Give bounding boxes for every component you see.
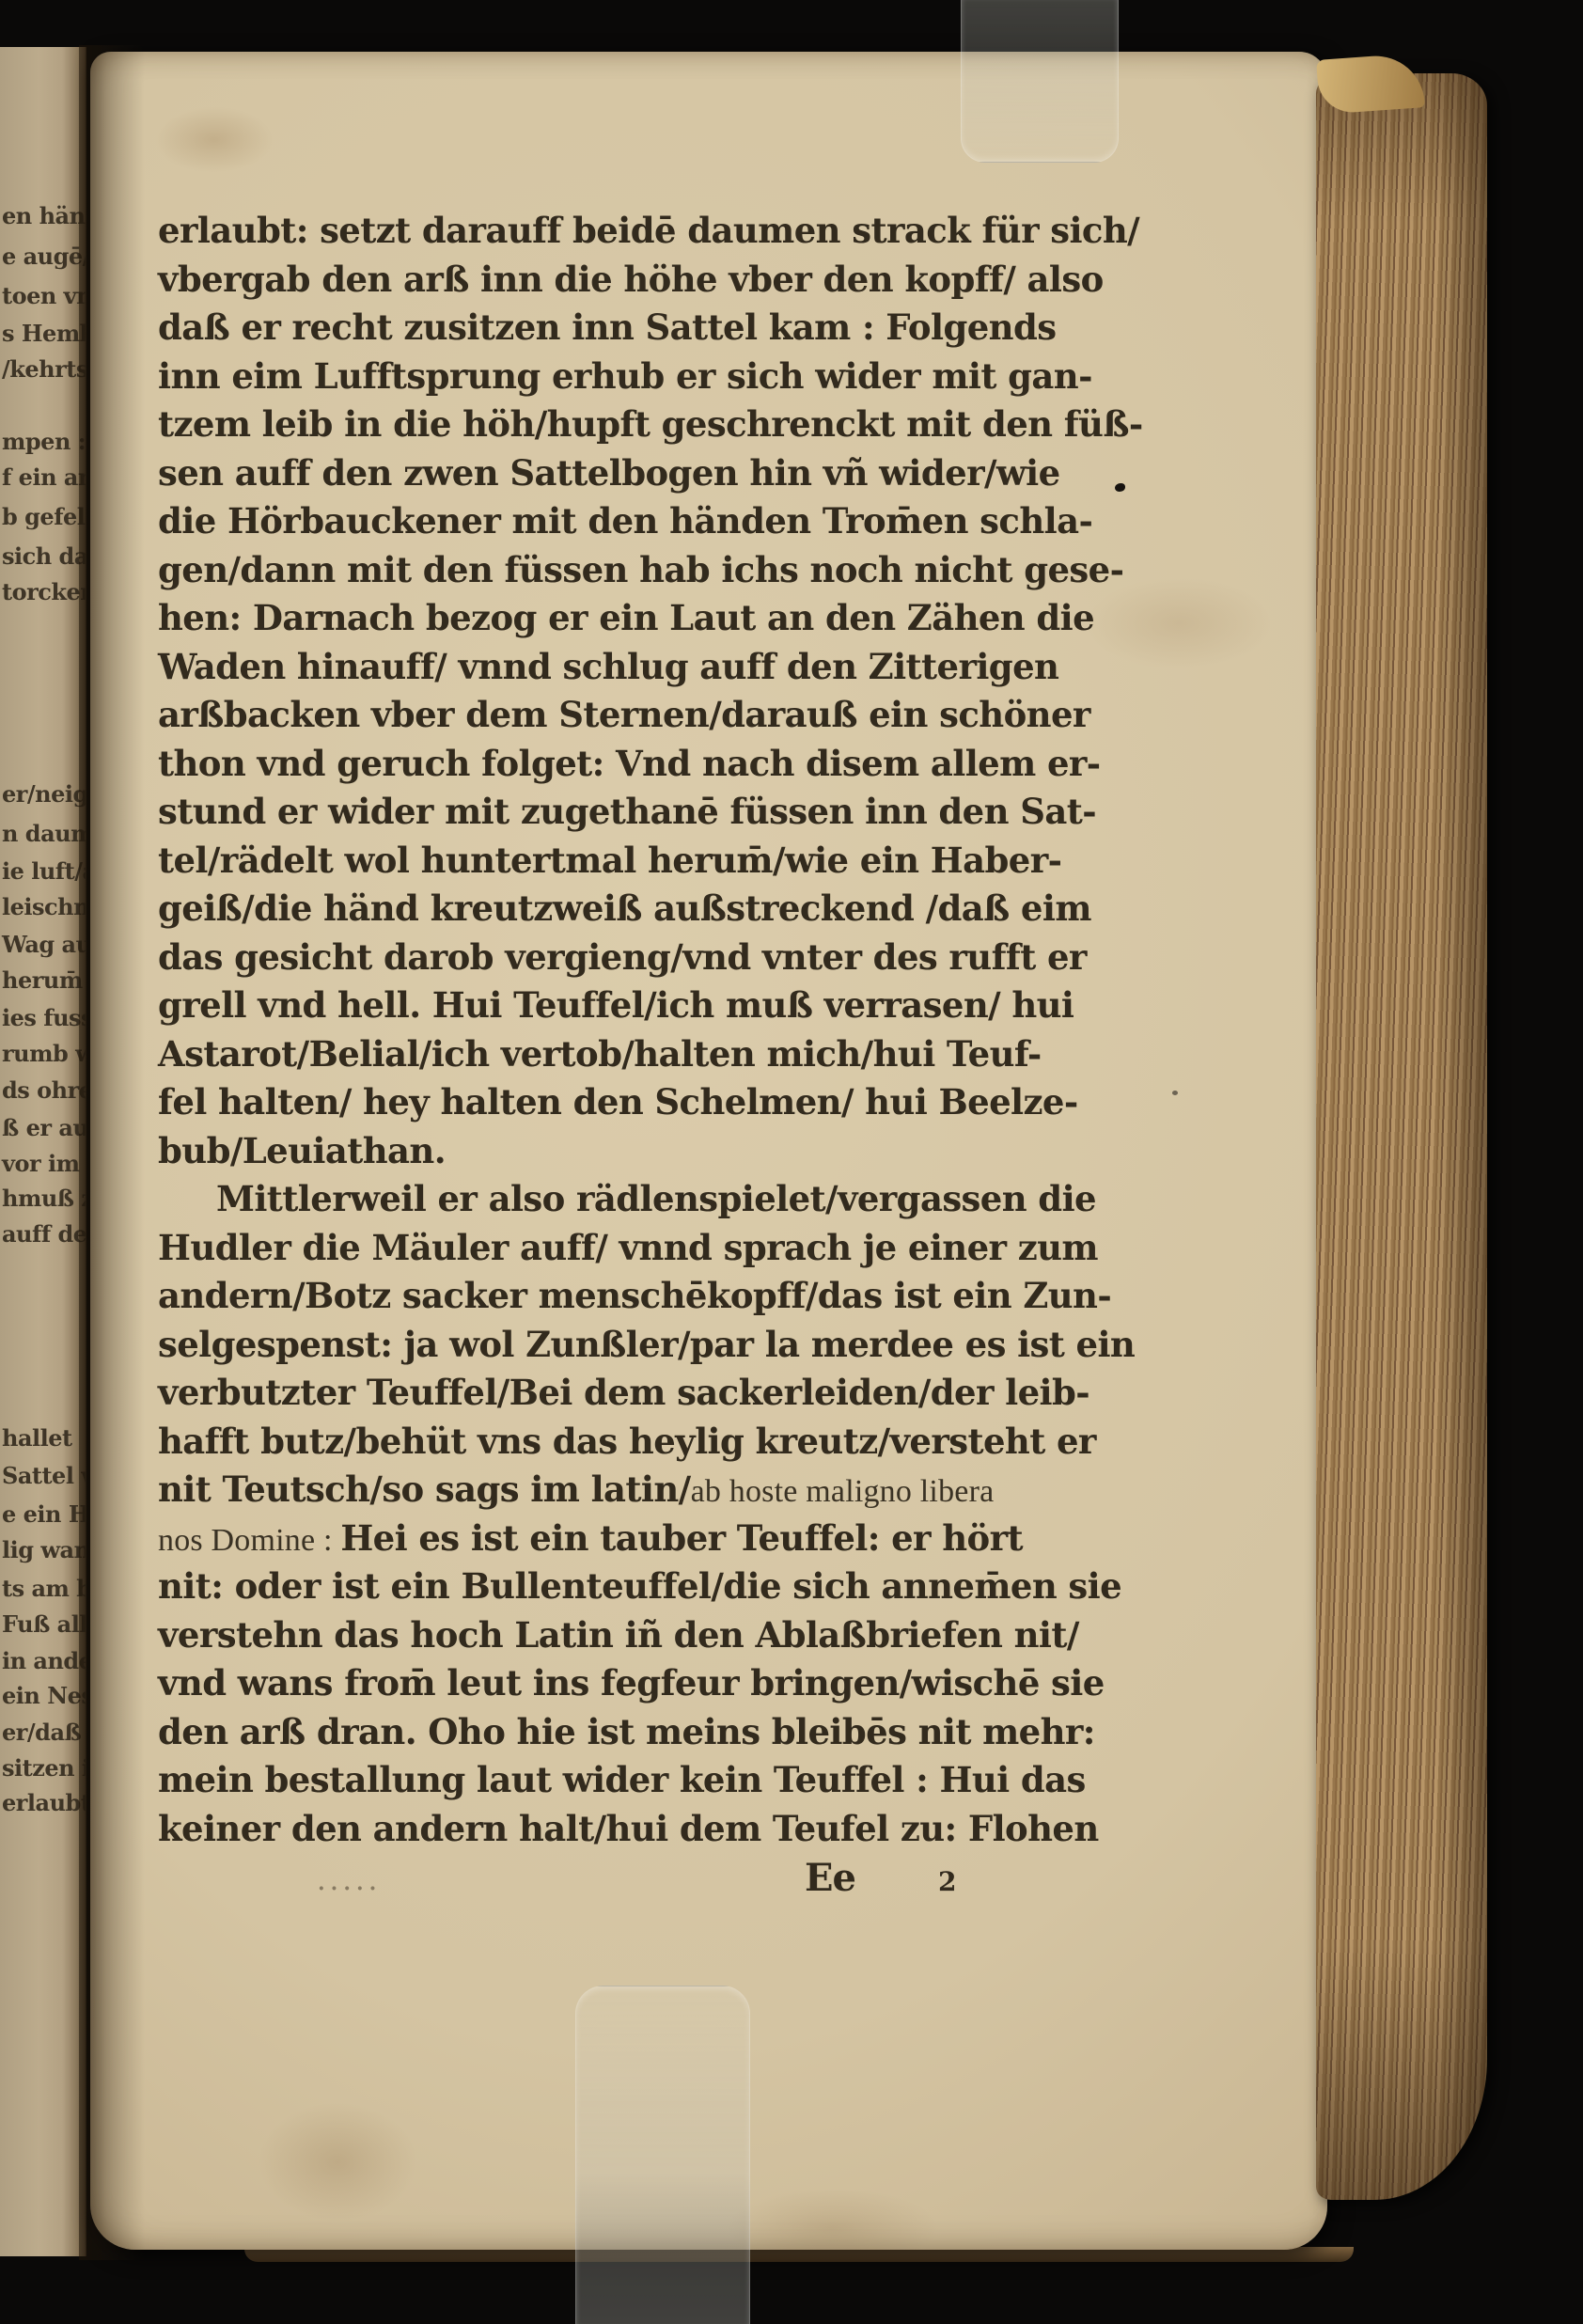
text-line: nit: oder ist ein Bullenteuffel/die sich… [158, 1562, 1051, 1611]
ink-speck [1172, 1091, 1178, 1095]
blackletter-segment: vbergab den arß inn die höhe vber den ko… [158, 259, 1104, 300]
edge-text-fragment: f ein ander [2, 463, 86, 491]
edge-text-fragment: hallet [2, 1424, 72, 1452]
blackletter-segment: tzem leib in die höh/hupft geschrenckt m… [158, 403, 1143, 445]
blackletter-segment: vnd wans from̄ leut ins fegfeur bringen/… [158, 1662, 1105, 1704]
blackletter-segment: grell vnd hell. Hui Teuffel/ich muß verr… [158, 984, 1074, 1026]
text-line: Astarot/Belial/ich vertob/halten mich/hu… [158, 1030, 1051, 1079]
edge-text-fragment: torckenbein [2, 578, 86, 605]
text-line: verbutzter Teuffel/Bei dem sackerleiden/… [158, 1369, 1051, 1418]
text-line: keiner den andern halt/hui dem Teufel zu… [158, 1805, 1051, 1854]
edge-text-fragment: erlaubt: [2, 1789, 86, 1816]
latin-roman-segment: ab hoste maligno libera [691, 1474, 995, 1509]
blackletter-segment: hafft butz/behüt vns das heylig kreutz/v… [158, 1421, 1096, 1462]
text-line: hafft butz/behüt vns das heylig kreutz/v… [158, 1418, 1051, 1467]
blackletter-segment: das gesicht darob vergieng/vnd vnter des… [158, 936, 1087, 978]
text-line: tel/rädelt wol huntertmal herum̄/wie ein… [158, 837, 1051, 886]
text-line: bub/Leuiathan. [158, 1127, 1051, 1176]
text-line: selgespenst: ja wol Zunßler/par la merde… [158, 1321, 1051, 1370]
edge-text-fragment: in andern [2, 1647, 86, 1674]
edge-text-fragment: vor im Rö [2, 1150, 86, 1177]
edge-text-fragment: Fuß allgem [2, 1610, 86, 1638]
edge-text-fragment: Wag auffhi [2, 931, 86, 958]
blackletter-segment: stund er wider mit zugethanē füssen inn … [158, 791, 1096, 832]
edge-text-fragment: mpen : Hi [2, 428, 86, 455]
text-line: erlaubt: setzt darauff beidē daumen stra… [158, 207, 1051, 256]
edge-text-fragment: er/neigt sich [2, 780, 86, 808]
blackletter-segment: sen auff den zwen Sattelbogen hin vñ wid… [158, 452, 1060, 494]
text-line: sen auff den zwen Sattelbogen hin vñ wid… [158, 449, 1051, 498]
blackletter-segment: keiner den andern halt/hui dem Teufel zu… [158, 1808, 1099, 1849]
edge-text-fragment: sitzen ist jed [2, 1754, 86, 1782]
signature-line: Ee2 [805, 1856, 956, 1900]
text-line: andern/Botz sacker menschēkopff/das ist … [158, 1272, 1051, 1321]
blackletter-segment: Waden hinauff/ vnnd schlug auff den Zitt… [158, 646, 1058, 687]
blackletter-segment: hen: Darnach bezog er ein Laut an den Zä… [158, 597, 1094, 638]
blackletter-segment: daß er recht zusitzen inn Sattel kam : F… [158, 306, 1056, 348]
edge-text-fragment: en hände [2, 202, 86, 229]
signature-mark: Ee [805, 1856, 855, 1900]
text-line: inn eim Lufftsprung erhub er sich wider … [158, 353, 1051, 401]
blackletter-segment: die Hörbauckener mit den händen Trom̄en … [158, 500, 1092, 542]
fore-edge-page-stack [1316, 73, 1487, 2200]
blackletter-segment: nit Teutsch/so sags im latin/ [158, 1468, 691, 1510]
text-line: Mittlerweil er also rädlenspielet/vergas… [158, 1175, 1051, 1224]
edge-text-fragment: rumb wie ei [2, 1040, 86, 1067]
text-line: fel halten/ hey halten den Schelmen/ hui… [158, 1078, 1051, 1127]
edge-text-fragment: ds ohren/e [2, 1076, 86, 1104]
blackletter-segment: Hei es ist ein tauber Teuffel: er hört [340, 1517, 1023, 1559]
text-line: vnd wans from̄ leut ins fegfeur bringen/… [158, 1659, 1051, 1708]
latin-roman-segment: nos Domine : [158, 1523, 340, 1558]
edge-text-fragment: e augē/rin [2, 243, 86, 270]
book-scan: en händee augē/rintoen vn ohs Hembd a/ke… [0, 0, 1583, 2324]
edge-text-fragment: e ein Hund [2, 1500, 86, 1528]
blackletter-segment: mein bestallung laut wider kein Teuffel … [158, 1759, 1086, 1800]
text-line: geiß/die händ kreutzweiß außstreckend /d… [158, 885, 1051, 934]
edge-text-fragment: sich darna [2, 542, 86, 570]
text-line: arßbacken vber dem Sternen/darauß ein sc… [158, 691, 1051, 740]
text-line: den arß dran. Oho hie ist meins bleibēs … [158, 1708, 1051, 1757]
edge-text-fragment: hmuß zugl [2, 1185, 86, 1212]
edge-text-fragment: Sattel wie [2, 1462, 86, 1489]
blackletter-segment: fel halten/ hey halten den Schelmen/ hui… [158, 1081, 1078, 1123]
edge-text-fragment: leischmauen [2, 893, 86, 920]
edge-text-fragment: herum̄ ließ. [2, 966, 86, 994]
edge-text-fragment: ie luft/also d [2, 857, 86, 885]
edge-text-fragment: ß er auff d [2, 1114, 86, 1141]
blackletter-segment: verstehn das hoch Latin iñ den Ablaßbrie… [158, 1614, 1079, 1656]
edge-text-fragment: s Hembd a [2, 320, 86, 347]
text-line: verstehn das hoch Latin iñ den Ablaßbrie… [158, 1611, 1051, 1660]
text-line: nos Domine : Hei es ist ein tauber Teuff… [158, 1515, 1051, 1563]
edge-text-fragment: er/daß ich [2, 1719, 86, 1746]
blackletter-segment: selgespenst: ja wol Zunßler/par la merde… [158, 1324, 1135, 1365]
text-line: tzem leib in die höh/hupft geschrenckt m… [158, 400, 1051, 449]
blackletter-segment: gen/dann mit den füssen hab ichs noch ni… [158, 549, 1123, 590]
blackletter-segment: geiß/die händ kreutzweiß außstreckend /d… [158, 887, 1091, 929]
blackletter-segment: den arß dran. Oho hie ist meins bleibēs … [158, 1711, 1095, 1752]
text-line: die Hörbauckener mit den händen Trom̄en … [158, 497, 1051, 546]
text-line: mein bestallung laut wider kein Teuffel … [158, 1756, 1051, 1805]
text-line: Hudler die Mäuler auff/ vnnd sprach je e… [158, 1224, 1051, 1273]
page-corner-curl [1316, 53, 1425, 115]
text-line: Waden hinauff/ vnnd schlug auff den Zitt… [158, 643, 1051, 692]
text-line: stund er wider mit zugethanē füssen inn … [158, 788, 1051, 837]
text-line: thon vnd geruch folget: Vnd nach disem a… [158, 740, 1051, 789]
text-block: erlaubt: setzt darauff beidē daumen stra… [158, 207, 1051, 1853]
blackletter-segment: tel/rädelt wol huntertmal herum̄/wie ein… [158, 840, 1061, 881]
text-line: hen: Darnach bezog er ein Laut an den Zä… [158, 594, 1051, 643]
blackletter-segment: Astarot/Belial/ich vertob/halten mich/hu… [158, 1033, 1042, 1075]
signature-number: 2 [938, 1866, 956, 1897]
left-page-edge: en händee augē/rintoen vn ohs Hembd a/ke… [0, 47, 86, 2256]
edge-text-fragment: ies fusses/de [2, 1004, 86, 1031]
blackletter-segment: nit: oder ist ein Bullenteuffel/die sich… [158, 1565, 1121, 1607]
blackletter-segment: bub/Leuiathan. [158, 1130, 446, 1171]
footer-ink-dots: ····· [318, 1876, 382, 1901]
blackletter-segment: Hudler die Mäuler auff/ vnnd sprach je e… [158, 1227, 1098, 1268]
edge-text-fragment: auff der [2, 1220, 86, 1248]
text-line: gen/dann mit den füssen hab ichs noch ni… [158, 546, 1051, 595]
edge-text-fragment: b gefelt/ich [2, 503, 86, 530]
text-line: das gesicht darob vergieng/vnd vnter des… [158, 934, 1051, 982]
blackletter-segment: erlaubt: setzt darauff beidē daumen stra… [158, 210, 1139, 251]
edge-text-fragment: n daumen a [2, 820, 86, 847]
blackletter-segment: thon vnd geruch folget: Vnd nach disem a… [158, 743, 1101, 784]
text-line: vbergab den arß inn die höhe vber den ko… [158, 256, 1051, 305]
edge-text-fragment: ein Nessel [2, 1682, 86, 1709]
edge-text-fragment: toen vn oh [2, 282, 86, 309]
blackletter-segment: arßbacken vber dem Sternen/darauß ein sc… [158, 694, 1090, 735]
blackletter-segment: inn eim Lufftsprung erhub er sich wider … [158, 355, 1092, 397]
text-line: nit Teutsch/so sags im latin/ab hoste ma… [158, 1466, 1051, 1515]
text-line: daß er recht zusitzen inn Sattel kam : F… [158, 304, 1051, 353]
blackletter-segment: andern/Botz sacker menschēkopff/das ist … [158, 1275, 1111, 1316]
blackletter-segment: verbutzter Teuffel/Bei dem sackerleiden/… [158, 1372, 1089, 1413]
edge-text-fragment: /kehrts her [2, 355, 86, 383]
blackletter-segment: Mittlerweil er also rädlenspielet/vergas… [216, 1178, 1096, 1219]
edge-text-fragment: lig wann s [2, 1536, 86, 1563]
text-line: grell vnd hell. Hui Teuffel/ich muß verr… [158, 981, 1051, 1030]
edge-text-fragment: ts am b [2, 1575, 86, 1602]
